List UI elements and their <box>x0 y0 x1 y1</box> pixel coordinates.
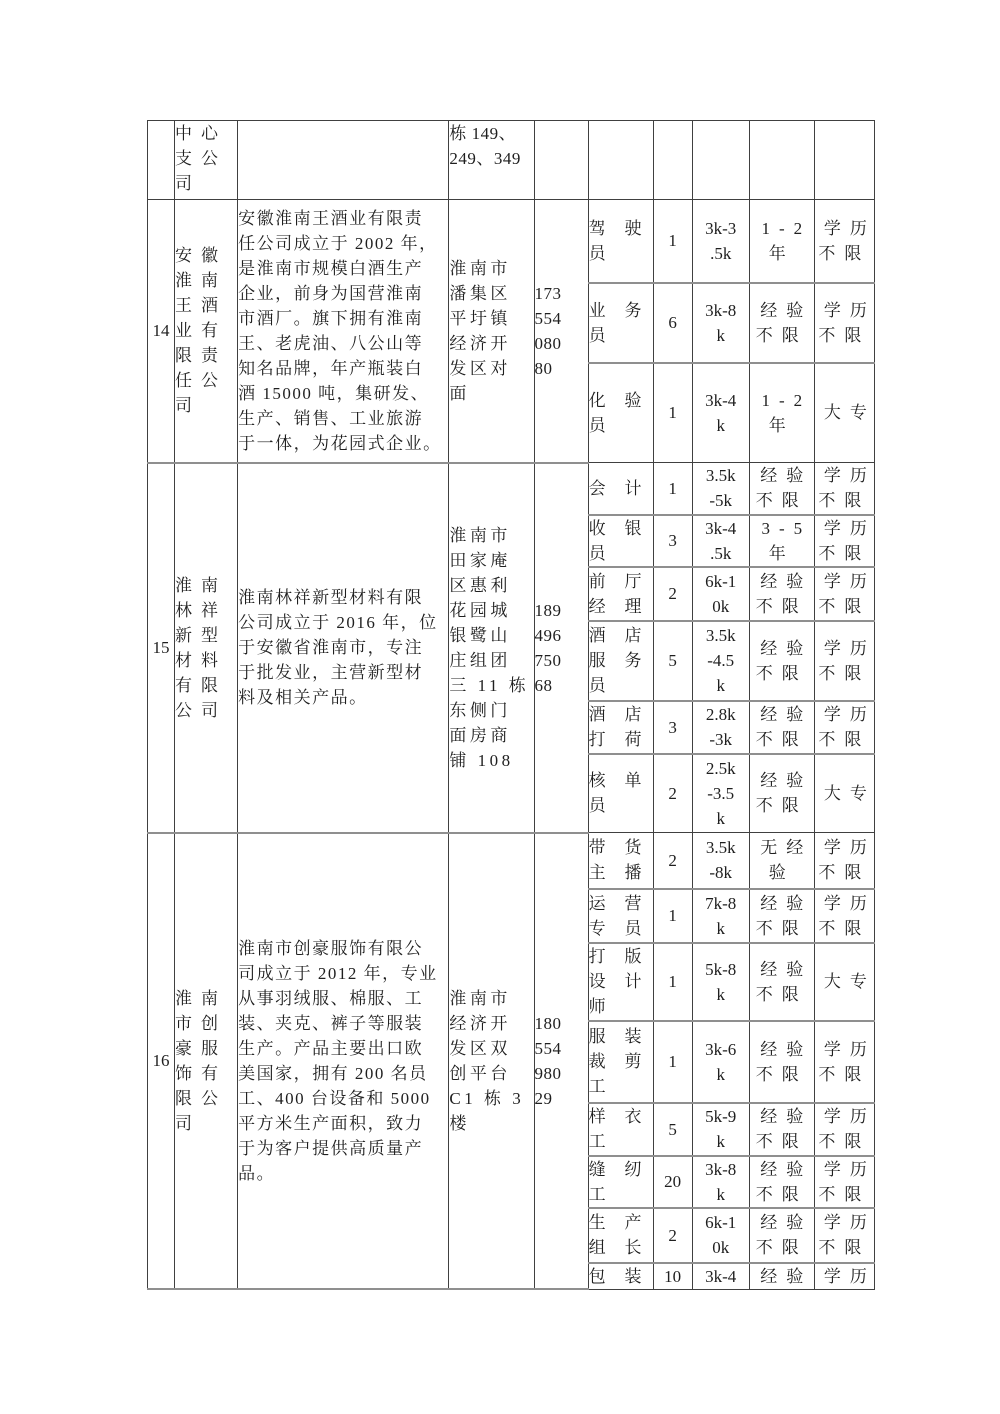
company-name-cell: 淮南 林祥 新型 材料 有限 公司 <box>175 463 238 833</box>
position-title-cell: 包装 <box>588 1263 653 1290</box>
education-cell: 学历 不限 <box>814 889 874 943</box>
education-cell: 学历 不限 <box>814 1021 874 1103</box>
address-cell: 淮南市 潘集区 平圩镇 经济开 发区对 面 <box>449 200 534 463</box>
headcount-cell: 1 <box>653 1021 692 1103</box>
education-cell: 大专 <box>814 943 874 1021</box>
position-title-cell <box>588 121 653 200</box>
headcount-cell: 2 <box>653 567 692 621</box>
company-name-cell: 淮南 市创 豪服 饰有 限公 司 <box>175 833 238 1290</box>
experience-cell <box>749 121 814 200</box>
headcount-cell: 1 <box>653 889 692 943</box>
job-listings-table: 中心 支公 司 栋 149、 249、349 14 安徽 淮南 王酒 业有 限责… <box>147 120 875 1290</box>
index-cell: 16 <box>148 833 175 1290</box>
phone-cell: 180 554 980 29 <box>534 833 588 1290</box>
salary-cell: 3k-6 k <box>692 1021 749 1103</box>
headcount-cell: 3 <box>653 701 692 754</box>
experience-cell: 经验 不限 <box>749 463 814 515</box>
position-title-cell: 生产 组长 <box>588 1208 653 1263</box>
education-cell: 大专 <box>814 754 874 833</box>
experience-cell: 经验 不限 <box>749 567 814 621</box>
education-cell: 学历 <box>814 1263 874 1290</box>
experience-cell: 经验 不限 <box>749 701 814 754</box>
salary-cell: 3k-8 k <box>692 1156 749 1208</box>
position-title-cell: 业务 员 <box>588 283 653 363</box>
experience-cell: 经验 不限 <box>749 943 814 1021</box>
education-cell: 学历 不限 <box>814 463 874 515</box>
education-cell: 学历 不限 <box>814 701 874 754</box>
headcount-cell: 10 <box>653 1263 692 1290</box>
headcount-cell: 1 <box>653 463 692 515</box>
experience-cell: 经验 不限 <box>749 621 814 701</box>
experience-cell: 无经 验 <box>749 833 814 889</box>
experience-cell: 经验 不限 <box>749 1103 814 1156</box>
position-title-cell: 会计 <box>588 463 653 515</box>
salary-cell: 2.8k -3k <box>692 701 749 754</box>
salary-cell: 3k-4 .5k <box>692 515 749 567</box>
position-title-cell: 样衣 工 <box>588 1103 653 1156</box>
index-cell: 15 <box>148 463 175 833</box>
education-cell: 学历 不限 <box>814 200 874 283</box>
phone-cell <box>534 121 588 200</box>
headcount-cell: 5 <box>653 621 692 701</box>
position-title-cell: 核单 员 <box>588 754 653 833</box>
position-title-cell: 打版 设计 师 <box>588 943 653 1021</box>
experience-cell: 经验 不限 <box>749 889 814 943</box>
position-title-cell: 缝纫 工 <box>588 1156 653 1208</box>
education-cell <box>814 121 874 200</box>
position-title-cell: 服装 裁剪 工 <box>588 1021 653 1103</box>
experience-cell: 经验 不限 <box>749 283 814 363</box>
company-description-cell: 淮南林祥新型材料有限 公司成立于 2016 年，位 于安徽省淮南市，专注 于批发… <box>238 463 449 833</box>
education-cell: 大专 <box>814 363 874 463</box>
company-description-cell: 淮南市创豪服饰有限公 司成立于 2012 年，专业 从事羽绒服、棉服、工 装、夹… <box>238 833 449 1290</box>
education-cell: 学历 不限 <box>814 1156 874 1208</box>
experience-cell: 1-2 年 <box>749 200 814 283</box>
salary-cell: 5k-9 k <box>692 1103 749 1156</box>
company-description-cell <box>238 121 449 200</box>
experience-cell: 经验 <box>749 1263 814 1290</box>
index-cell <box>148 121 175 200</box>
position-title-cell: 前厅 经理 <box>588 567 653 621</box>
experience-cell: 经验 不限 <box>749 1156 814 1208</box>
education-cell: 学历 不限 <box>814 515 874 567</box>
salary-cell: 3k-3 .5k <box>692 200 749 283</box>
education-cell: 学历 不限 <box>814 567 874 621</box>
phone-cell: 189 496 750 68 <box>534 463 588 833</box>
headcount-cell <box>653 121 692 200</box>
salary-cell: 6k-1 0k <box>692 1208 749 1263</box>
salary-cell: 3.5k -4.5 k <box>692 621 749 701</box>
position-title-cell: 带货 主播 <box>588 833 653 889</box>
headcount-cell: 1 <box>653 200 692 283</box>
address-cell: 淮南市 田家庵 区惠利 花园城 银鹭山 庄组团 三 11 栋 东侧门 面房商 铺… <box>449 463 534 833</box>
address-cell: 淮南市 经济开 发区双 创平台 C1 栋 3 楼 <box>449 833 534 1290</box>
headcount-cell: 2 <box>653 1208 692 1263</box>
salary-cell: 3.5k -5k <box>692 463 749 515</box>
experience-cell: 3-5 年 <box>749 515 814 567</box>
headcount-cell: 1 <box>653 943 692 1021</box>
headcount-cell: 20 <box>653 1156 692 1208</box>
headcount-cell: 2 <box>653 754 692 833</box>
education-cell: 学历 不限 <box>814 621 874 701</box>
position-title-cell: 化验 员 <box>588 363 653 463</box>
salary-cell <box>692 121 749 200</box>
document-page: 中心 支公 司 栋 149、 249、349 14 安徽 淮南 王酒 业有 限责… <box>0 0 1000 1414</box>
education-cell: 学历 不限 <box>814 833 874 889</box>
position-row: 16 淮南 市创 豪服 饰有 限公 司 淮南市创豪服饰有限公 司成立于 2012… <box>148 833 875 889</box>
position-row: 14 安徽 淮南 王酒 业有 限责 任公 司 安徽淮南王酒业有限责 任公司成立于… <box>148 200 875 283</box>
headcount-cell: 3 <box>653 515 692 567</box>
position-title-cell: 收银 员 <box>588 515 653 567</box>
company-description-cell: 安徽淮南王酒业有限责 任公司成立于 2002 年， 是淮南市规模白酒生产 企业，… <box>238 200 449 463</box>
salary-cell: 3k-4 k <box>692 363 749 463</box>
address-cell: 栋 149、 249、349 <box>449 121 534 200</box>
education-cell: 学历 不限 <box>814 1208 874 1263</box>
position-title-cell: 酒店 服务 员 <box>588 621 653 701</box>
experience-cell: 1-2 年 <box>749 363 814 463</box>
experience-cell: 经验 不限 <box>749 754 814 833</box>
company-name-cell: 中心 支公 司 <box>175 121 238 200</box>
headcount-cell: 2 <box>653 833 692 889</box>
salary-cell: 6k-1 0k <box>692 567 749 621</box>
salary-cell: 5k-8 k <box>692 943 749 1021</box>
position-title-cell: 运营 专员 <box>588 889 653 943</box>
salary-cell: 3k-8 k <box>692 283 749 363</box>
position-title-cell: 酒店 打荷 <box>588 701 653 754</box>
salary-cell: 7k-8 k <box>692 889 749 943</box>
experience-cell: 经验 不限 <box>749 1021 814 1103</box>
salary-cell: 3.5k -8k <box>692 833 749 889</box>
position-title-cell: 驾驶 员 <box>588 200 653 283</box>
table-row: 中心 支公 司 栋 149、 249、349 <box>148 121 875 200</box>
phone-cell: 173 554 080 80 <box>534 200 588 463</box>
headcount-cell: 5 <box>653 1103 692 1156</box>
education-cell: 学历 不限 <box>814 1103 874 1156</box>
index-cell: 14 <box>148 200 175 463</box>
position-row: 15 淮南 林祥 新型 材料 有限 公司 淮南林祥新型材料有限 公司成立于 20… <box>148 463 875 515</box>
headcount-cell: 1 <box>653 363 692 463</box>
headcount-cell: 6 <box>653 283 692 363</box>
education-cell: 学历 不限 <box>814 283 874 363</box>
salary-cell: 2.5k -3.5 k <box>692 754 749 833</box>
salary-cell: 3k-4 <box>692 1263 749 1290</box>
experience-cell: 经验 不限 <box>749 1208 814 1263</box>
company-name-cell: 安徽 淮南 王酒 业有 限责 任公 司 <box>175 200 238 463</box>
